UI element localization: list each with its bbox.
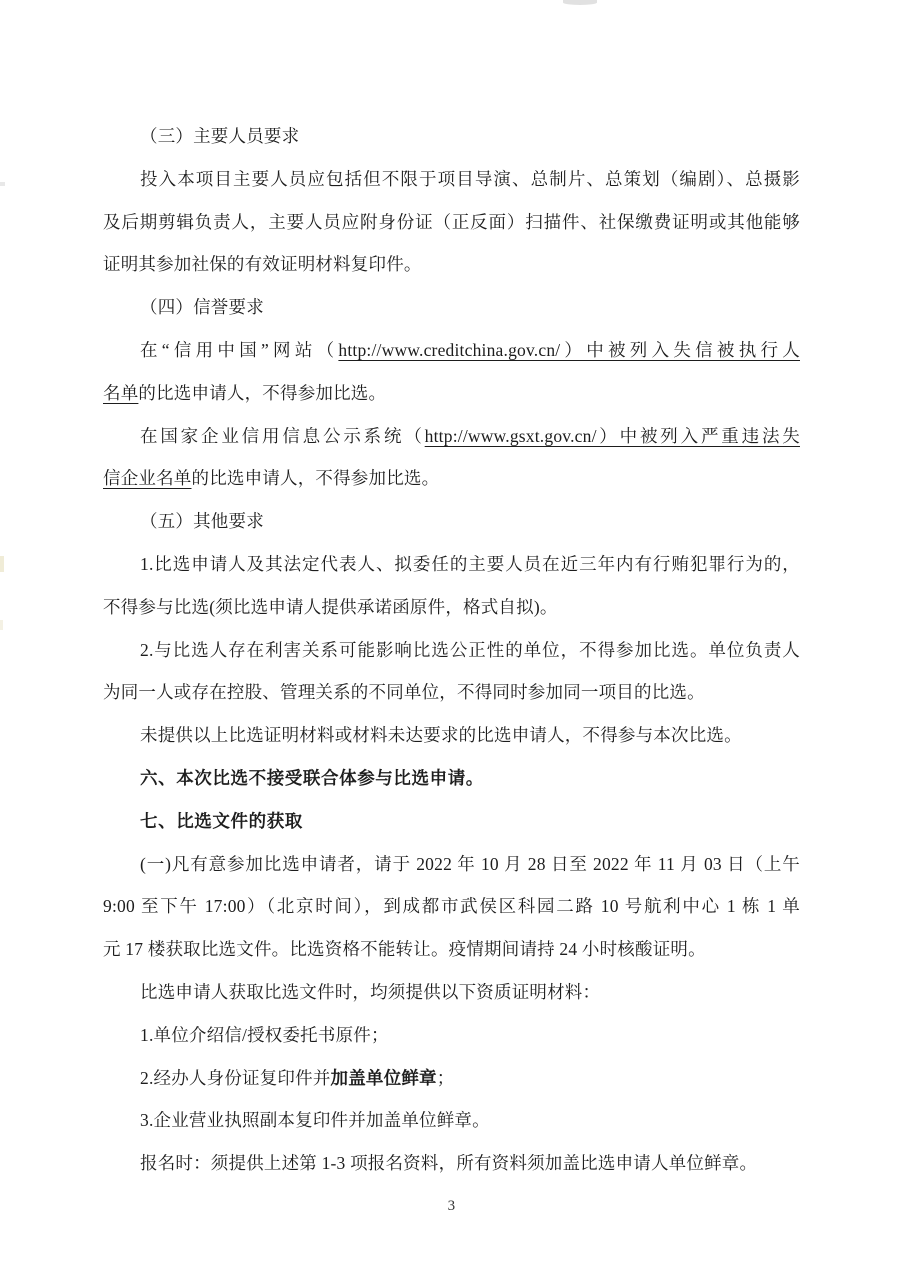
doc-line: 投入本项目主要人员应包括但不限于项目导演、总制片、总策划（编剧）、总摄影 [103,158,800,201]
doc-line: 在“信用中国”网站（http://www.creditchina.gov.cn/… [103,329,800,372]
text-run: 在国家企业信用信息公示系统（ [140,426,425,446]
doc-line: （三）主要人员要求 [103,115,800,158]
document-page: （三）主要人员要求投入本项目主要人员应包括但不限于项目导演、总制片、总策划（编剧… [0,0,900,1273]
scan-artifact [0,556,4,572]
doc-line: 9:00 至下午 17:00）（北京时间），到成都市武侯区科园二路 10 号航利… [103,885,800,928]
text-run: 六、本次比选不接受联合体参与比选申请。 [140,768,484,788]
text-run: 3.企业营业执照副本复印件并加盖单位鲜章。 [140,1110,490,1130]
doc-line: 在国家企业信用信息公示系统（http://www.gsxt.gov.cn/）中被… [103,415,800,458]
doc-line: 3.企业营业执照副本复印件并加盖单位鲜章。 [103,1099,800,1142]
doc-line: 不得参与比选(须比选申请人提供承诺函原件，格式自拟)。 [103,586,800,629]
text-run: （五）其他要求 [140,511,264,531]
text-run: 报名时：须提供上述第 1-3 项报名资料，所有资料须加盖比选申请人单位鲜章。 [140,1153,757,1173]
text-run: 及后期剪辑负责人，主要人员应附身份证（正反面）扫描件、社保缴费证明或其他能够 [103,212,800,232]
text-run: （三）主要人员要求 [140,126,299,146]
text-run: 的比选申请人，不得参加比选。 [192,468,440,488]
underlined-text: 名单 [103,383,138,403]
doc-line: 七、比选文件的获取 [103,800,800,843]
text-run: 元 17 楼获取比选文件。比选资格不能转让。疫情期间请持 24 小时核酸证明。 [103,939,706,959]
page-number: 3 [103,1185,800,1228]
doc-line: 2.经办人身份证复印件并加盖单位鲜章； [103,1057,800,1100]
underlined-text: http://www.gsxt.gov.cn/）中被列入严重违法失 [425,426,800,446]
doc-line: 六、本次比选不接受联合体参与比选申请。 [103,757,800,800]
doc-line: 信企业名单的比选申请人，不得参加比选。 [103,457,800,500]
doc-line: 未提供以上比选证明材料或材料未达要求的比选申请人，不得参与本次比选。 [103,714,800,757]
doc-line: 元 17 楼获取比选文件。比选资格不能转让。疫情期间请持 24 小时核酸证明。 [103,928,800,971]
scan-artifact [563,0,597,5]
doc-line: （五）其他要求 [103,500,800,543]
doc-line: 为同一人或存在控股、管理关系的不同单位，不得同时参加同一项目的比选。 [103,671,800,714]
doc-line: 1.单位介绍信/授权委托书原件； [103,1014,800,1057]
text-run: 1.比选申请人及其法定代表人、拟委任的主要人员在近三年内有行贿犯罪行为的， [140,554,800,574]
text-run: 比选申请人获取比选文件时，均须提供以下资质证明材料： [140,982,600,1002]
text-run: （四）信誉要求 [140,297,264,317]
text-run: 七、比选文件的获取 [140,811,303,831]
text-run: 1.单位介绍信/授权委托书原件； [140,1025,389,1045]
doc-line: 1.比选申请人及其法定代表人、拟委任的主要人员在近三年内有行贿犯罪行为的， [103,543,800,586]
doc-line: 及后期剪辑负责人，主要人员应附身份证（正反面）扫描件、社保缴费证明或其他能够 [103,201,800,244]
doc-line: 比选申请人获取比选文件时，均须提供以下资质证明材料： [103,971,800,1014]
scan-artifact [0,620,3,630]
doc-line: (一)凡有意参加比选申请者，请于 2022 年 10 月 28 日至 2022 … [103,843,800,886]
text-run: 不得参与比选(须比选申请人提供承诺函原件，格式自拟)。 [103,597,558,617]
underlined-text: http://www.creditchina.gov.cn/）中被列入失信被执行… [338,340,800,360]
text-run: 投入本项目主要人员应包括但不限于项目导演、总制片、总策划（编剧）、总摄影 [140,169,800,189]
text-run: 2.经办人身份证复印件并 [140,1068,331,1088]
text-run: 未提供以上比选证明材料或材料未达要求的比选申请人，不得参与本次比选。 [140,725,742,745]
text-run: 在“信用中国”网站（ [140,340,338,360]
document-body: （三）主要人员要求投入本项目主要人员应包括但不限于项目导演、总制片、总策划（编剧… [103,115,800,1228]
underlined-text: 信企业名单 [103,468,192,488]
text-run: 的比选申请人，不得参加比选。 [138,383,386,403]
text-run: 加盖单位鲜章 [331,1068,437,1088]
text-run: 2.与比选人存在利害关系可能影响比选公正性的单位，不得参加比选。单位负责人 [140,640,800,660]
text-run: ； [437,1068,455,1088]
doc-line: 名单的比选申请人，不得参加比选。 [103,372,800,415]
doc-line: 2.与比选人存在利害关系可能影响比选公正性的单位，不得参加比选。单位负责人 [103,629,800,672]
doc-line: 报名时：须提供上述第 1-3 项报名资料，所有资料须加盖比选申请人单位鲜章。 [103,1142,800,1185]
doc-line: 证明其参加社保的有效证明材料复印件。 [103,243,800,286]
text-run: 证明其参加社保的有效证明材料复印件。 [103,254,422,274]
doc-line: （四）信誉要求 [103,286,800,329]
text-run: 9:00 至下午 17:00）（北京时间），到成都市武侯区科园二路 10 号航利… [103,896,800,916]
text-run: (一)凡有意参加比选申请者，请于 2022 年 10 月 28 日至 2022 … [140,854,800,874]
scan-artifact [0,182,5,186]
text-run: 为同一人或存在控股、管理关系的不同单位，不得同时参加同一项目的比选。 [103,682,705,702]
